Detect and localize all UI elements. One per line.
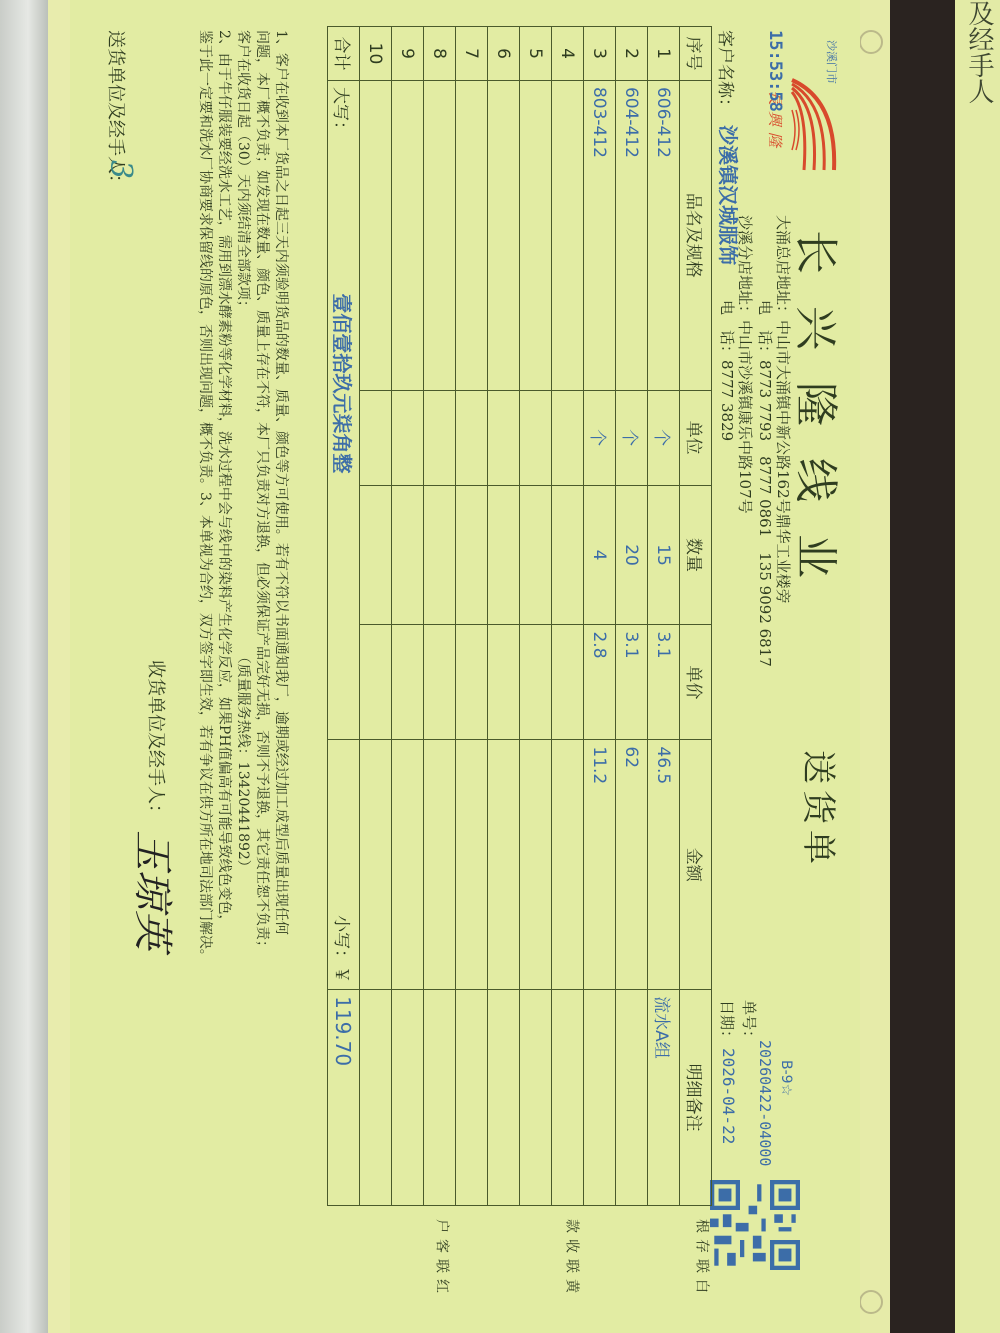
table-row: 8 xyxy=(424,27,456,1206)
cell-note xyxy=(616,990,648,1206)
sender-signature: 3 xyxy=(103,160,138,179)
cell-no: 10 xyxy=(360,27,392,81)
document-type: 送货单 xyxy=(797,750,846,870)
cell-qty xyxy=(392,485,424,625)
date-value: 2026-04-22 xyxy=(719,1048,738,1144)
total-upper-cell: 大写： 壹佰壹拾玖元柒角整 xyxy=(328,80,360,739)
cell-unit xyxy=(424,390,456,485)
terms-line: 1、客户在收到本厂货品之日起三天内须验明货品的数量、质量、颜色等方可使用。若有不… xyxy=(271,30,290,1210)
cell-unit xyxy=(488,390,520,485)
paper-stack-right: 及经手人 xyxy=(955,0,1000,1333)
order-number: 20260422-04000 xyxy=(756,1040,774,1166)
delivery-receipt: 沙溪门市 長興隆 15:53:58 长兴隆线业 送货单 大涌总店地址：中山市大涌… xyxy=(70,0,860,1333)
total-label: 合计 xyxy=(328,27,360,81)
copy-label-red: 红联客户 xyxy=(433,1215,450,1295)
terms-line: 客户在收货日起（30）天内须结清全部款项； （质量服务热线：1342044189… xyxy=(233,30,252,1210)
cell-note xyxy=(360,990,392,1206)
terms-and-conditions: 1、客户在收到本厂货品之日起三天内须验明货品的数量、质量、颜色等方可使用。若有不… xyxy=(195,30,290,1210)
date-label: 日期： xyxy=(717,1000,738,1045)
cell-note xyxy=(520,990,552,1206)
table-row: 3803-412个42.811.2 xyxy=(584,27,616,1206)
binding-hole-icon xyxy=(859,1290,883,1314)
cell-price xyxy=(456,625,488,740)
cell-amount: 62 xyxy=(616,740,648,990)
cell-note xyxy=(488,990,520,1206)
form-code: B-9☆ xyxy=(778,1060,794,1096)
hq-address: 大涌总店地址：中山市大涌镇中新公路162号鼎华工业楼旁 xyxy=(773,215,794,604)
cell-amount xyxy=(392,740,424,990)
cell-qty xyxy=(456,485,488,625)
cell-qty: 15 xyxy=(648,485,680,625)
cell-no: 8 xyxy=(424,27,456,81)
cell-name xyxy=(552,80,584,390)
cell-note xyxy=(424,990,456,1206)
cell-qty xyxy=(520,485,552,625)
cell-amount xyxy=(360,740,392,990)
customer-label: 客户名称： xyxy=(715,30,740,115)
table-row: 5 xyxy=(520,27,552,1206)
column-header: 品名及规格 xyxy=(680,80,712,390)
cell-note xyxy=(456,990,488,1206)
total-lower-label: 小写：￥ xyxy=(328,740,360,990)
cell-amount: 11.2 xyxy=(584,740,616,990)
table-row: 9 xyxy=(392,27,424,1206)
items-table: 序号 品名及规格 单位 数量 单价 金额 明细备注 1606-412个153.1… xyxy=(327,26,712,1206)
cell-no: 7 xyxy=(456,27,488,81)
cell-note xyxy=(552,990,584,1206)
upper-label: 大写： xyxy=(330,87,350,138)
cell-amount xyxy=(424,740,456,990)
table-row: 1606-412个153.146.5流水A组 xyxy=(648,27,680,1206)
terms-line: 问题，本厂概不负责；如发现在数量、颜色、质量上存在不符，本厂只负责对方退换，但必… xyxy=(252,30,271,1210)
cell-name xyxy=(392,80,424,390)
cell-no: 6 xyxy=(488,27,520,81)
cell-qty xyxy=(360,485,392,625)
column-header: 单位 xyxy=(680,390,712,485)
cell-note xyxy=(392,990,424,1206)
cell-qty xyxy=(424,485,456,625)
cell-no: 1 xyxy=(648,27,680,81)
cell-price xyxy=(488,625,520,740)
cell-no: 5 xyxy=(520,27,552,81)
company-name: 长兴隆线业 xyxy=(788,230,852,610)
table-total-row: 合计 大写： 壹佰壹拾玖元柒角整 小写：￥ 119.70 xyxy=(328,27,360,1206)
cell-amount xyxy=(520,740,552,990)
column-header: 序号 xyxy=(680,27,712,81)
cell-amount xyxy=(552,740,584,990)
cell-unit xyxy=(392,390,424,485)
order-number-label: 单号： xyxy=(739,1000,760,1045)
cell-qty: 4 xyxy=(584,485,616,625)
cell-amount xyxy=(488,740,520,990)
cell-price xyxy=(552,625,584,740)
copy-label-yellow: 黄联收款 xyxy=(563,1215,580,1295)
background-receipt-text: 及经手人 xyxy=(961,0,998,104)
table-row: 10 xyxy=(360,27,392,1206)
cell-unit xyxy=(360,390,392,485)
table-header-row: 序号 品名及规格 单位 数量 单价 金额 明细备注 xyxy=(680,27,712,1206)
cell-no: 9 xyxy=(392,27,424,81)
cell-no: 3 xyxy=(584,27,616,81)
cell-price xyxy=(392,625,424,740)
cell-price: 2.8 xyxy=(584,625,616,740)
cell-note: 流水A组 xyxy=(648,990,680,1206)
receipt-viewport: 沙溪门市 長興隆 15:53:58 长兴隆线业 送货单 大涌总店地址：中山市大涌… xyxy=(70,0,860,1333)
table-row: 4 xyxy=(552,27,584,1206)
binding-hole-icon xyxy=(859,30,883,54)
terms-line: 2、由于牛仔服装要经洗水工艺，需用到漂水酵素粉等化学材料，洗水过程中会与线中的染… xyxy=(214,30,233,1210)
copy-label-white: 白联存根 xyxy=(693,1215,710,1295)
table-row: 2604-412个203.162 xyxy=(616,27,648,1206)
cell-unit xyxy=(456,390,488,485)
cell-name xyxy=(488,80,520,390)
total-lower-value: 119.70 xyxy=(328,990,360,1206)
print-time: 15:53:58 xyxy=(765,30,785,112)
terms-line: 鉴于此一定要和洗水厂协商要求保留线的原色，否则出现问题，概不负责。3、本单视为合… xyxy=(195,30,214,1210)
cell-price: 3.1 xyxy=(648,625,680,740)
cell-amount: 46.5 xyxy=(648,740,680,990)
cell-unit: 个 xyxy=(584,390,616,485)
cell-unit xyxy=(520,390,552,485)
cell-note xyxy=(584,990,616,1206)
total-upper-value: 壹佰壹拾玖元柒角整 xyxy=(330,293,354,473)
cell-qty xyxy=(552,485,584,625)
cell-name: 604-412 xyxy=(616,80,648,390)
hq-phone: 电 话：8773 7793 8777 0861 135 9092 6817 xyxy=(755,300,776,667)
cell-name xyxy=(520,80,552,390)
branch-phone: 电 话：8777 3829 xyxy=(717,300,738,441)
cell-amount xyxy=(456,740,488,990)
cell-unit: 个 xyxy=(616,390,648,485)
cell-price xyxy=(520,625,552,740)
table-row: 7 xyxy=(456,27,488,1206)
receiver-signature-label: 收货单位及经手人： xyxy=(144,660,170,822)
receiver-signature: 玉琼英 xyxy=(127,830,184,950)
cell-price xyxy=(424,625,456,740)
cell-unit: 个 xyxy=(648,390,680,485)
cell-name xyxy=(424,80,456,390)
cell-name xyxy=(360,80,392,390)
paper-stack-left xyxy=(0,0,70,1333)
column-header: 明细备注 xyxy=(680,990,712,1206)
cell-no: 2 xyxy=(616,27,648,81)
cell-price: 3.1 xyxy=(616,625,648,740)
column-header: 单价 xyxy=(680,625,712,740)
cell-no: 4 xyxy=(552,27,584,81)
qr-code-icon xyxy=(710,1180,800,1270)
cell-name: 606-412 xyxy=(648,80,680,390)
column-header: 金额 xyxy=(680,740,712,990)
cell-qty: 20 xyxy=(616,485,648,625)
cell-price xyxy=(360,625,392,740)
wing-logo-icon xyxy=(782,70,842,180)
cell-unit xyxy=(552,390,584,485)
cell-qty xyxy=(488,485,520,625)
customer-name: 沙溪镇汉城服饰 xyxy=(715,125,744,265)
column-header: 数量 xyxy=(680,485,712,625)
table-row: 6 xyxy=(488,27,520,1206)
cell-name: 803-412 xyxy=(584,80,616,390)
cell-name xyxy=(456,80,488,390)
